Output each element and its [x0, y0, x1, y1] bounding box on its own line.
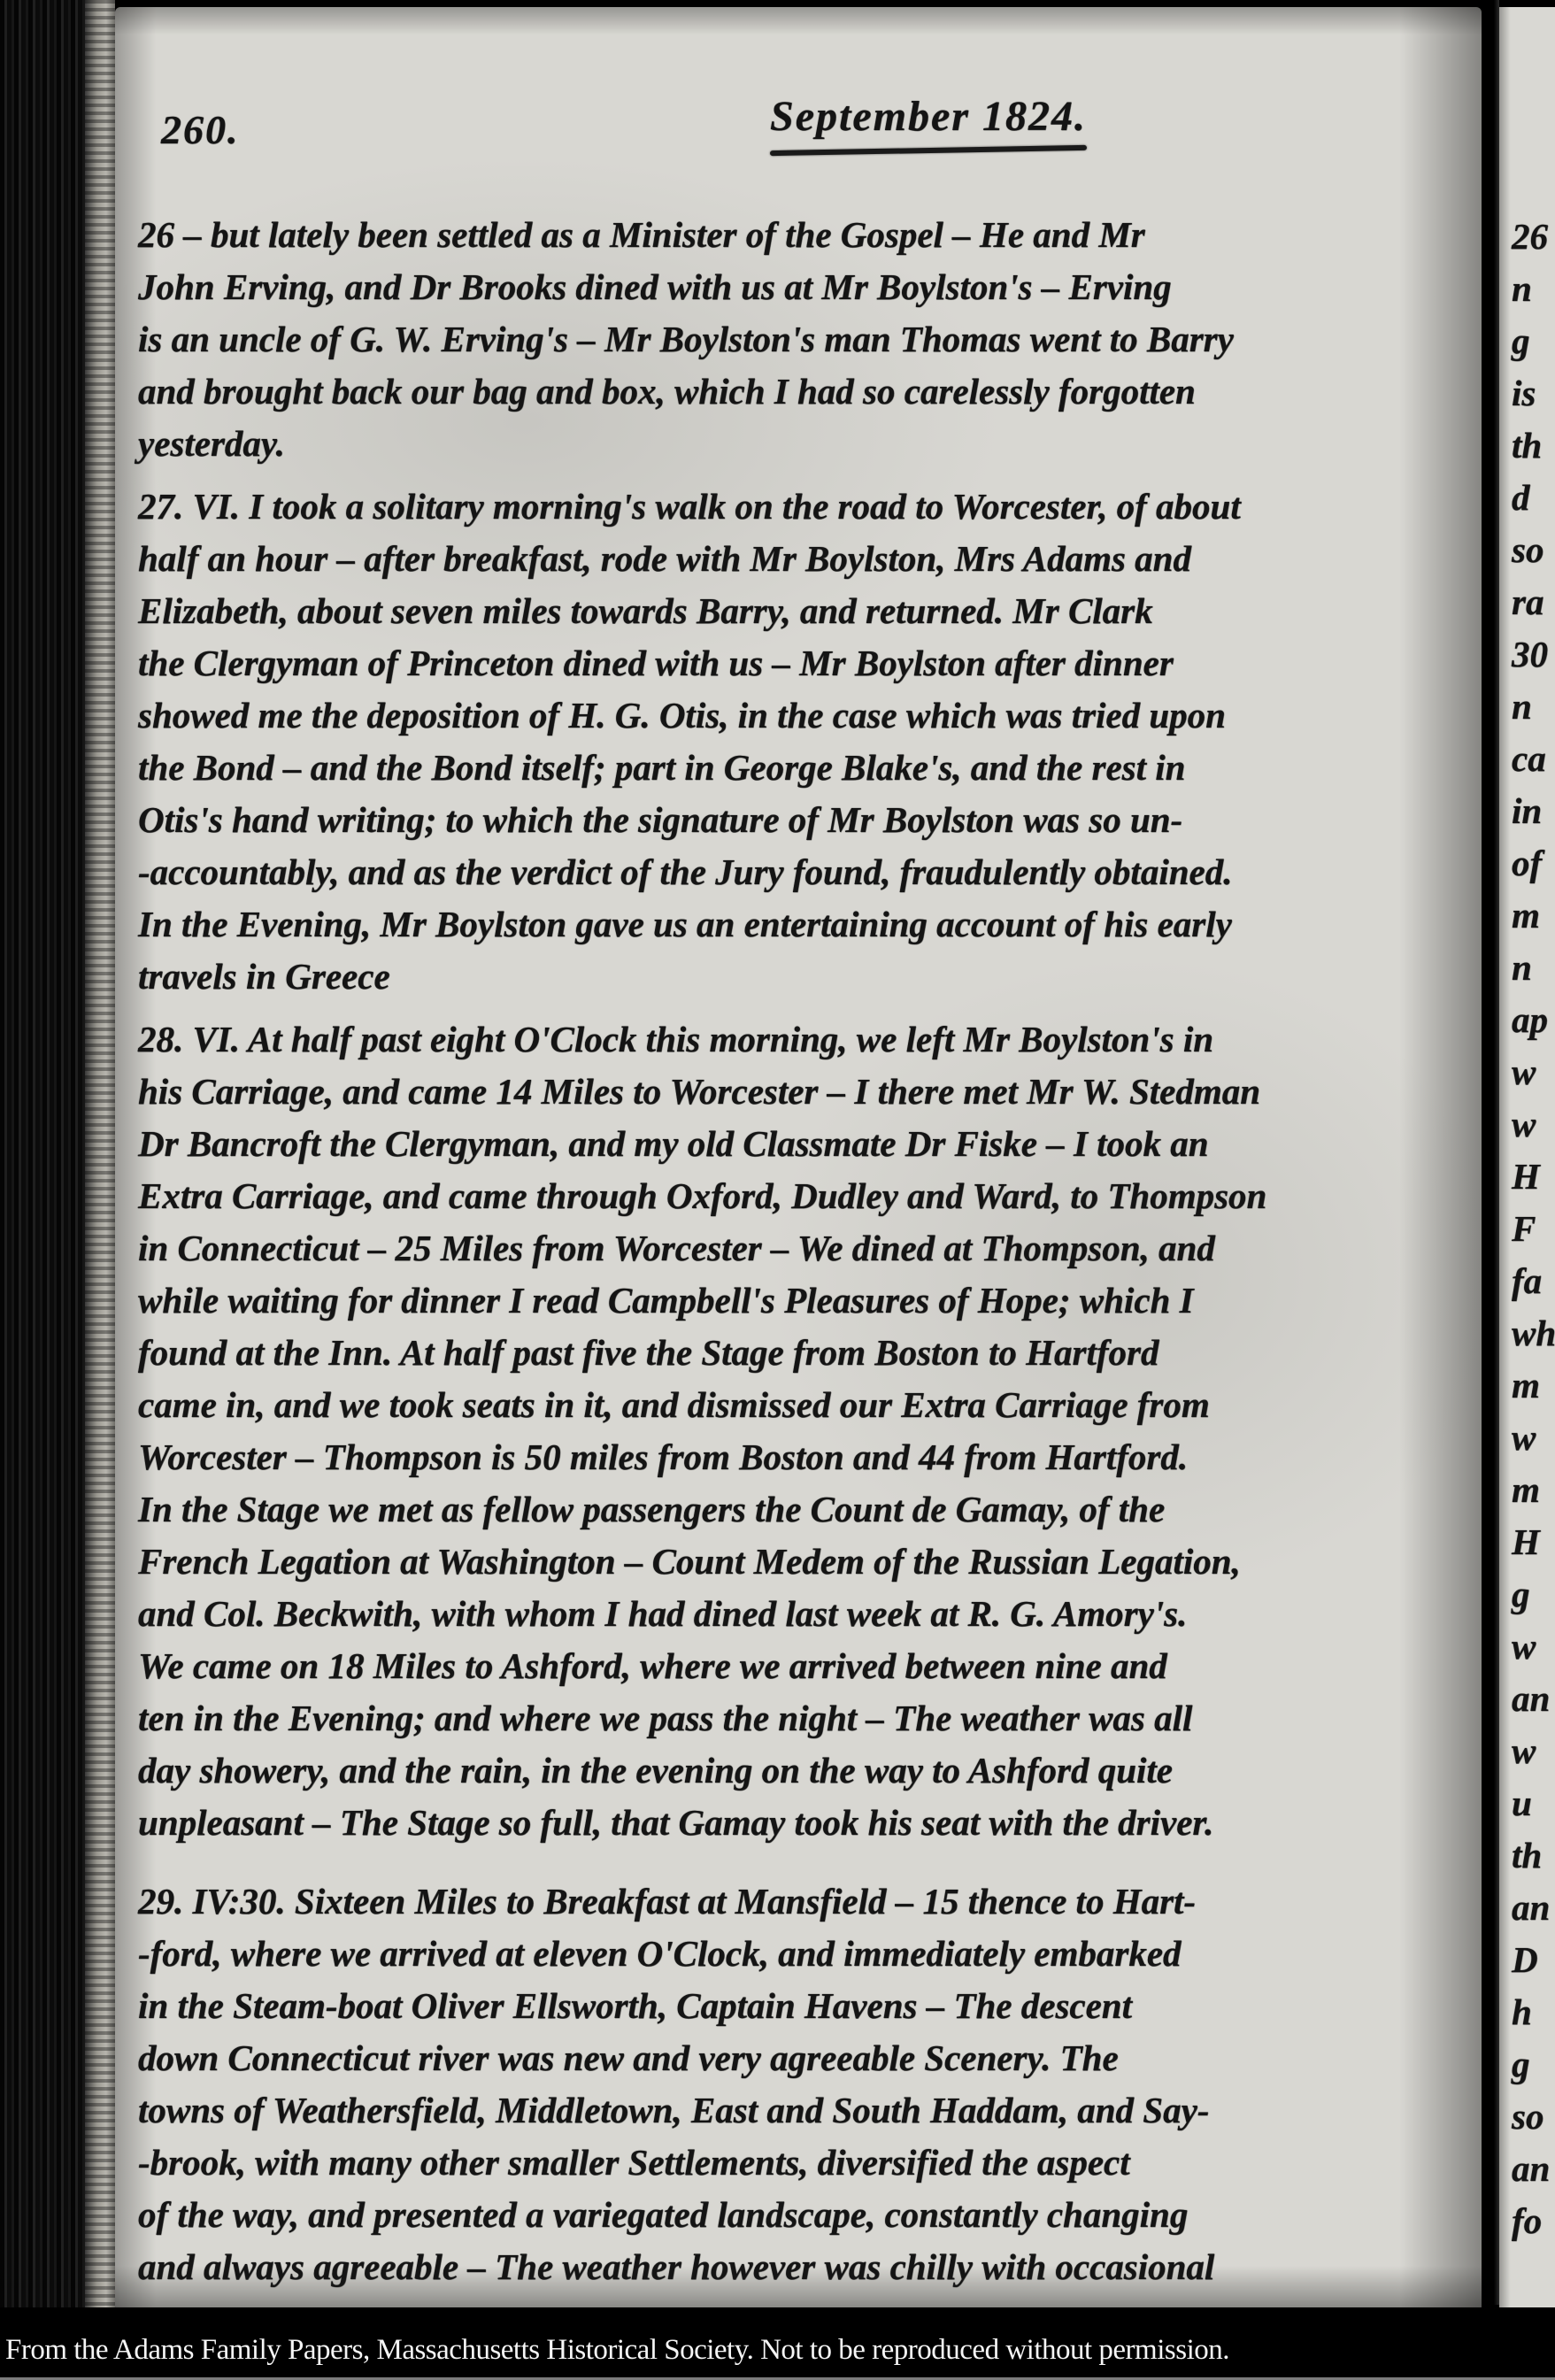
handwritten-line: -accountably, and as the verdict of the … [138, 846, 1466, 898]
handwritten-line: the Clergyman of Princeton dined with us… [138, 637, 1466, 689]
cutoff-text-fragment: H [1499, 1151, 1555, 1203]
facing-page-sliver: 26ngisthdsora30ncainofmnapwwHFfawhmwmHgw… [1499, 7, 1555, 2312]
cutoff-text-fragment: fa [1499, 1255, 1555, 1307]
cutoff-text-fragment: is [1499, 367, 1555, 420]
handwritten-line: French Legation at Washington – Count Me… [138, 1536, 1466, 1588]
page-gutter-shadow [1482, 0, 1499, 2305]
diary-entry-26: 26 – but lately been settled as a Minist… [138, 209, 1466, 470]
cutoff-text-fragment: m [1499, 1464, 1555, 1516]
archive-caption: From the Adams Family Papers, Massachuse… [5, 2334, 1229, 2367]
handwritten-line: of the way, and presented a variegated l… [138, 2189, 1466, 2241]
handwritten-line: ten in the Evening; and where we pass th… [138, 1692, 1466, 1745]
caption-bar: From the Adams Family Papers, Massachuse… [0, 2307, 1555, 2380]
cutoff-text-fragment: th [1499, 1829, 1555, 1882]
handwritten-line: showed me the deposition of H. G. Otis, … [138, 689, 1466, 742]
cutoff-text-fragment: ca [1499, 733, 1555, 785]
cutoff-text-fragment: u [1499, 1777, 1555, 1829]
handwritten-line: is an uncle of G. W. Erving's – Mr Boyls… [138, 313, 1466, 366]
handwritten-line: while waiting for dinner I read Campbell… [138, 1275, 1466, 1327]
cutoff-text-fragment: w [1499, 1046, 1555, 1098]
handwritten-line: unpleasant – The Stage so full, that Gam… [138, 1797, 1466, 1849]
handwritten-line: 26 – but lately been settled as a Minist… [138, 209, 1466, 261]
handwritten-line: found at the Inn. At half past five the … [138, 1327, 1466, 1379]
handwritten-line: and brought back our bag and box, which … [138, 366, 1466, 418]
cutoff-text-fragment: d [1499, 472, 1555, 524]
cutoff-text-fragment: F [1499, 1203, 1555, 1255]
cutoff-text-fragment: wh [1499, 1307, 1555, 1359]
handwritten-line: 27. VI. I took a solitary morning's walk… [138, 481, 1466, 533]
handwritten-line: Worcester – Thompson is 50 miles from Bo… [138, 1431, 1466, 1483]
handwritten-line: travels in Greece [138, 951, 1466, 1003]
cutoff-text-fragment: w [1499, 1412, 1555, 1464]
cutoff-text-fragment: in [1499, 785, 1555, 837]
cutoff-text-fragment: so [1499, 2091, 1555, 2143]
diary-entry-29: 29. IV:30. Sixteen Miles to Breakfast at… [138, 1876, 1466, 2293]
handwritten-line: his Carriage, and came 14 Miles to Worce… [138, 1066, 1466, 1118]
cutoff-text-fragment: w [1499, 1098, 1555, 1151]
handwritten-line: We came on 18 Miles to Ashford, where we… [138, 1640, 1466, 1692]
cutoff-text-fragment: n [1499, 681, 1555, 733]
cutoff-text-fragment: n [1499, 263, 1555, 315]
handwritten-line: Extra Carriage, and came through Oxford,… [138, 1170, 1466, 1222]
handwritten-line: 29. IV:30. Sixteen Miles to Breakfast at… [138, 1876, 1466, 1928]
handwritten-line: in Connecticut – 25 Miles from Worcester… [138, 1222, 1466, 1275]
cutoff-text-fragment: an [1499, 1882, 1555, 1934]
handwritten-line: Dr Bancroft the Clergyman, and my old Cl… [138, 1118, 1466, 1170]
cutoff-text-fragment: of [1499, 837, 1555, 890]
handwritten-line: half an hour – after breakfast, rode wit… [138, 533, 1466, 585]
manuscript-scan: 260. September 1824. 26 – but lately bee… [0, 0, 1555, 2380]
cutoff-text-fragment: an [1499, 1673, 1555, 1725]
cutoff-text-fragment: an [1499, 2143, 1555, 2195]
cutoff-text-fragment: g [1499, 1568, 1555, 1621]
cutoff-text-fragment: 26 [1499, 211, 1555, 263]
month-header: September 1824. [770, 92, 1087, 153]
handwritten-line: Elizabeth, about seven miles towards Bar… [138, 585, 1466, 637]
cutoff-text-fragment: D [1499, 1934, 1555, 1986]
diary-page: 260. September 1824. 26 – but lately bee… [115, 7, 1482, 2312]
handwritten-line: In the Stage we met as fellow passengers… [138, 1483, 1466, 1536]
handwritten-line: and Col. Beckwith, with whom I had dined… [138, 1588, 1466, 1640]
handwritten-line: John Erving, and Dr Brooks dined with us… [138, 261, 1466, 313]
diary-entries: 26 – but lately been settled as a Minist… [138, 209, 1466, 2293]
cutoff-text-fragment: w [1499, 1725, 1555, 1777]
handwritten-line: 28. VI. At half past eight O'Clock this … [138, 1013, 1466, 1066]
cutoff-text-fragment: m [1499, 1359, 1555, 1412]
handwritten-line: day showery, and the rain, in the evenin… [138, 1745, 1466, 1797]
cutoff-text-fragment: w [1499, 1621, 1555, 1673]
cutoff-text-fragment: m [1499, 890, 1555, 942]
cutoff-text-fragment: g [1499, 2038, 1555, 2091]
cutoff-text-fragment: H [1499, 1516, 1555, 1568]
handwritten-line: Otis's hand writing; to which the signat… [138, 794, 1466, 846]
diary-entry-28: 28. VI. At half past eight O'Clock this … [138, 1013, 1466, 1849]
cutoff-text-fragment: n [1499, 942, 1555, 994]
handwritten-line: yesterday. [138, 418, 1466, 470]
cutoff-text-fragment: ap [1499, 994, 1555, 1046]
diary-entry-27: 27. VI. I took a solitary morning's walk… [138, 481, 1466, 1003]
handwritten-line: the Bond – and the Bond itself; part in … [138, 742, 1466, 794]
cutoff-text-fragment: fo [1499, 2195, 1555, 2247]
cutoff-text-fragment: ra [1499, 576, 1555, 628]
handwritten-line: -brook, with many other smaller Settleme… [138, 2137, 1466, 2189]
handwritten-line: came in, and we took seats in it, and di… [138, 1379, 1466, 1431]
page-number: 260. [161, 106, 240, 153]
handwritten-line: in the Steam-boat Oliver Ellsworth, Capt… [138, 1980, 1466, 2032]
cutoff-text-fragment: so [1499, 524, 1555, 576]
book-binding [0, 0, 85, 2380]
cutoff-text-fragment: 30 [1499, 628, 1555, 681]
cutoff-text-fragment: g [1499, 315, 1555, 367]
handwritten-line: towns of Weathersfield, Middletown, East… [138, 2084, 1466, 2137]
handwritten-line: down Connecticut river was new and very … [138, 2032, 1466, 2084]
page-block-edge [85, 0, 115, 2380]
handwritten-line: and always agreeable – The weather howev… [138, 2241, 1466, 2293]
cutoff-text-fragment: h [1499, 1986, 1555, 2038]
cutoff-text-fragment: th [1499, 420, 1555, 472]
handwritten-line: In the Evening, Mr Boylston gave us an e… [138, 898, 1466, 951]
handwritten-line: -ford, where we arrived at eleven O'Cloc… [138, 1928, 1466, 1980]
